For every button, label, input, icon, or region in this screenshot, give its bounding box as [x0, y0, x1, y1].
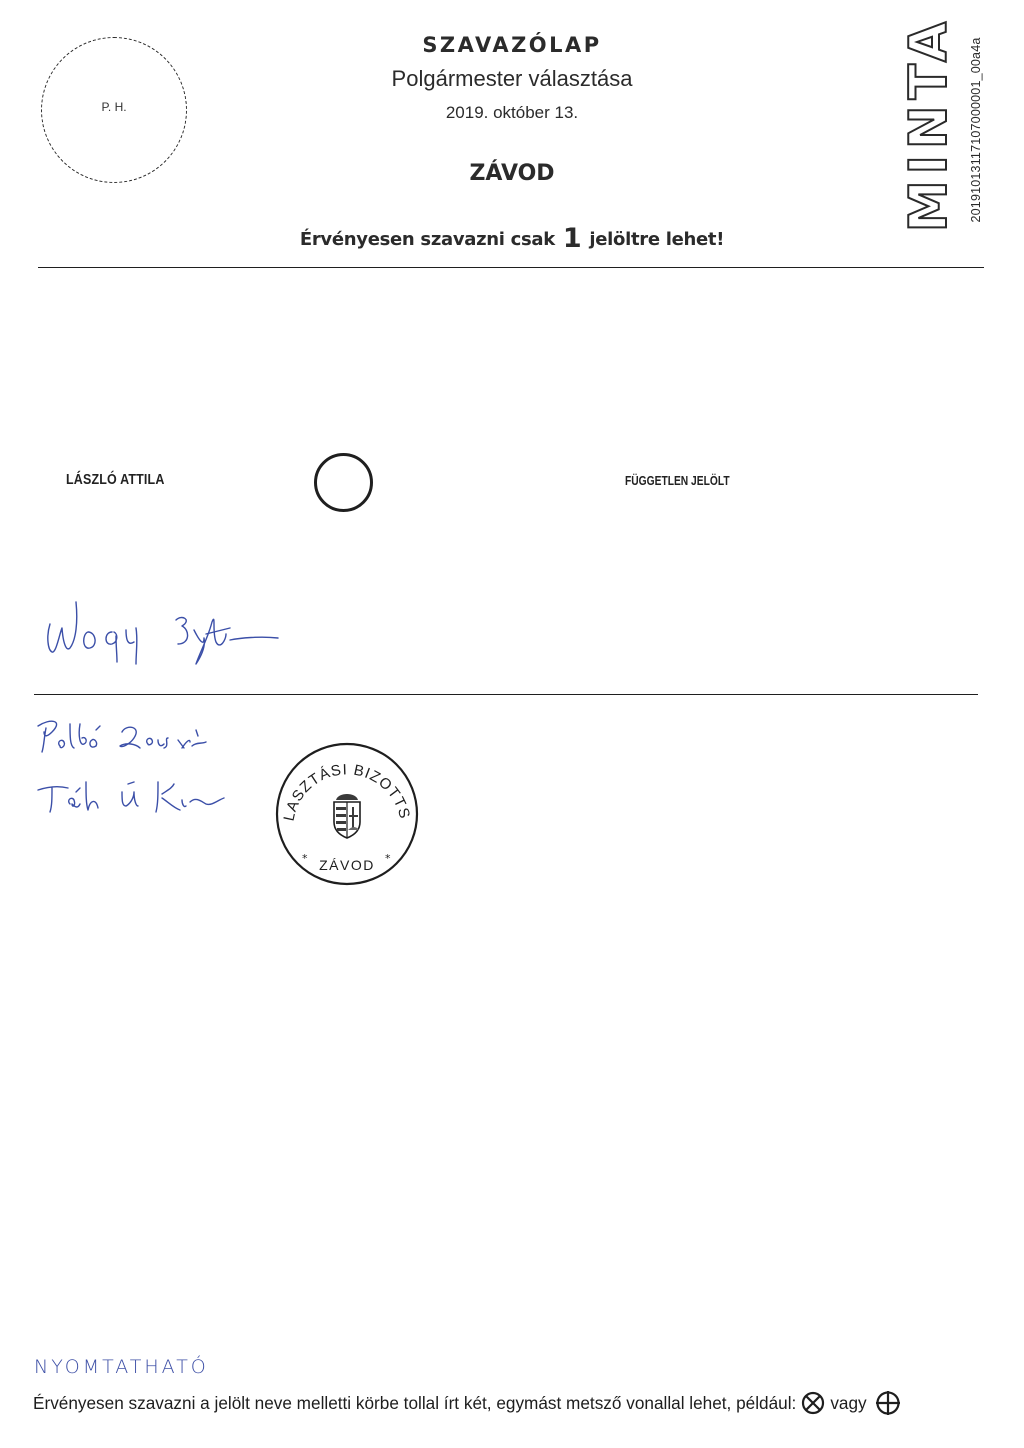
ballot-title: SZAVAZÓLAP [262, 33, 762, 57]
district-name: ZÁVOD [262, 161, 762, 186]
election-date: 2019. október 13. [262, 103, 762, 123]
official-stamp: VÁLASZTÁSI BIZOTTSÁG ZÁVOD * * [272, 738, 422, 886]
footer-instruction: Érvényesen szavazni a jelölt neve mellet… [33, 1390, 906, 1416]
rule-note-number: 1 [563, 223, 582, 254]
footer-instruction-text: Érvényesen szavazni a jelölt neve mellet… [33, 1393, 796, 1414]
election-type: Polgármester választása [262, 66, 762, 92]
voting-rule-note: Érvényesen szavazni csak 1 jelöltre lehe… [262, 223, 762, 254]
footer-connector: vagy [830, 1393, 866, 1414]
candidate-name: LÁSZLÓ ATTILA [66, 472, 165, 488]
svg-text:*: * [385, 852, 391, 865]
vote-circle[interactable] [314, 453, 373, 512]
handwritten-footer-note: NYOMTATHATÓ [34, 1356, 209, 1378]
coat-of-arms-icon [334, 794, 360, 838]
rule-note-before: Érvényesen szavazni csak [300, 229, 555, 250]
stamp-bottom-text: ZÁVOD [319, 857, 375, 873]
stamp-placeholder-label: P. H. [41, 100, 187, 114]
handwritten-signature-3 [30, 770, 240, 820]
sample-watermark-text: MINTA [903, 16, 955, 232]
handwritten-signature-1 [40, 592, 290, 682]
serial-number: 20191013117107000001_00a4a [964, 30, 988, 230]
section-divider [34, 694, 978, 695]
handwritten-signature-2 [30, 712, 250, 762]
candidate-party: FÜGGETLEN JELÖLT [625, 474, 730, 488]
sample-watermark: MINTA [898, 28, 960, 220]
rule-note-after: jelöltre lehet! [589, 229, 724, 250]
circle-plus-icon [875, 1390, 901, 1416]
header-divider [38, 267, 984, 268]
circle-x-icon [801, 1391, 825, 1415]
svg-text:*: * [302, 852, 308, 865]
serial-number-text: 20191013117107000001_00a4a [969, 37, 983, 222]
